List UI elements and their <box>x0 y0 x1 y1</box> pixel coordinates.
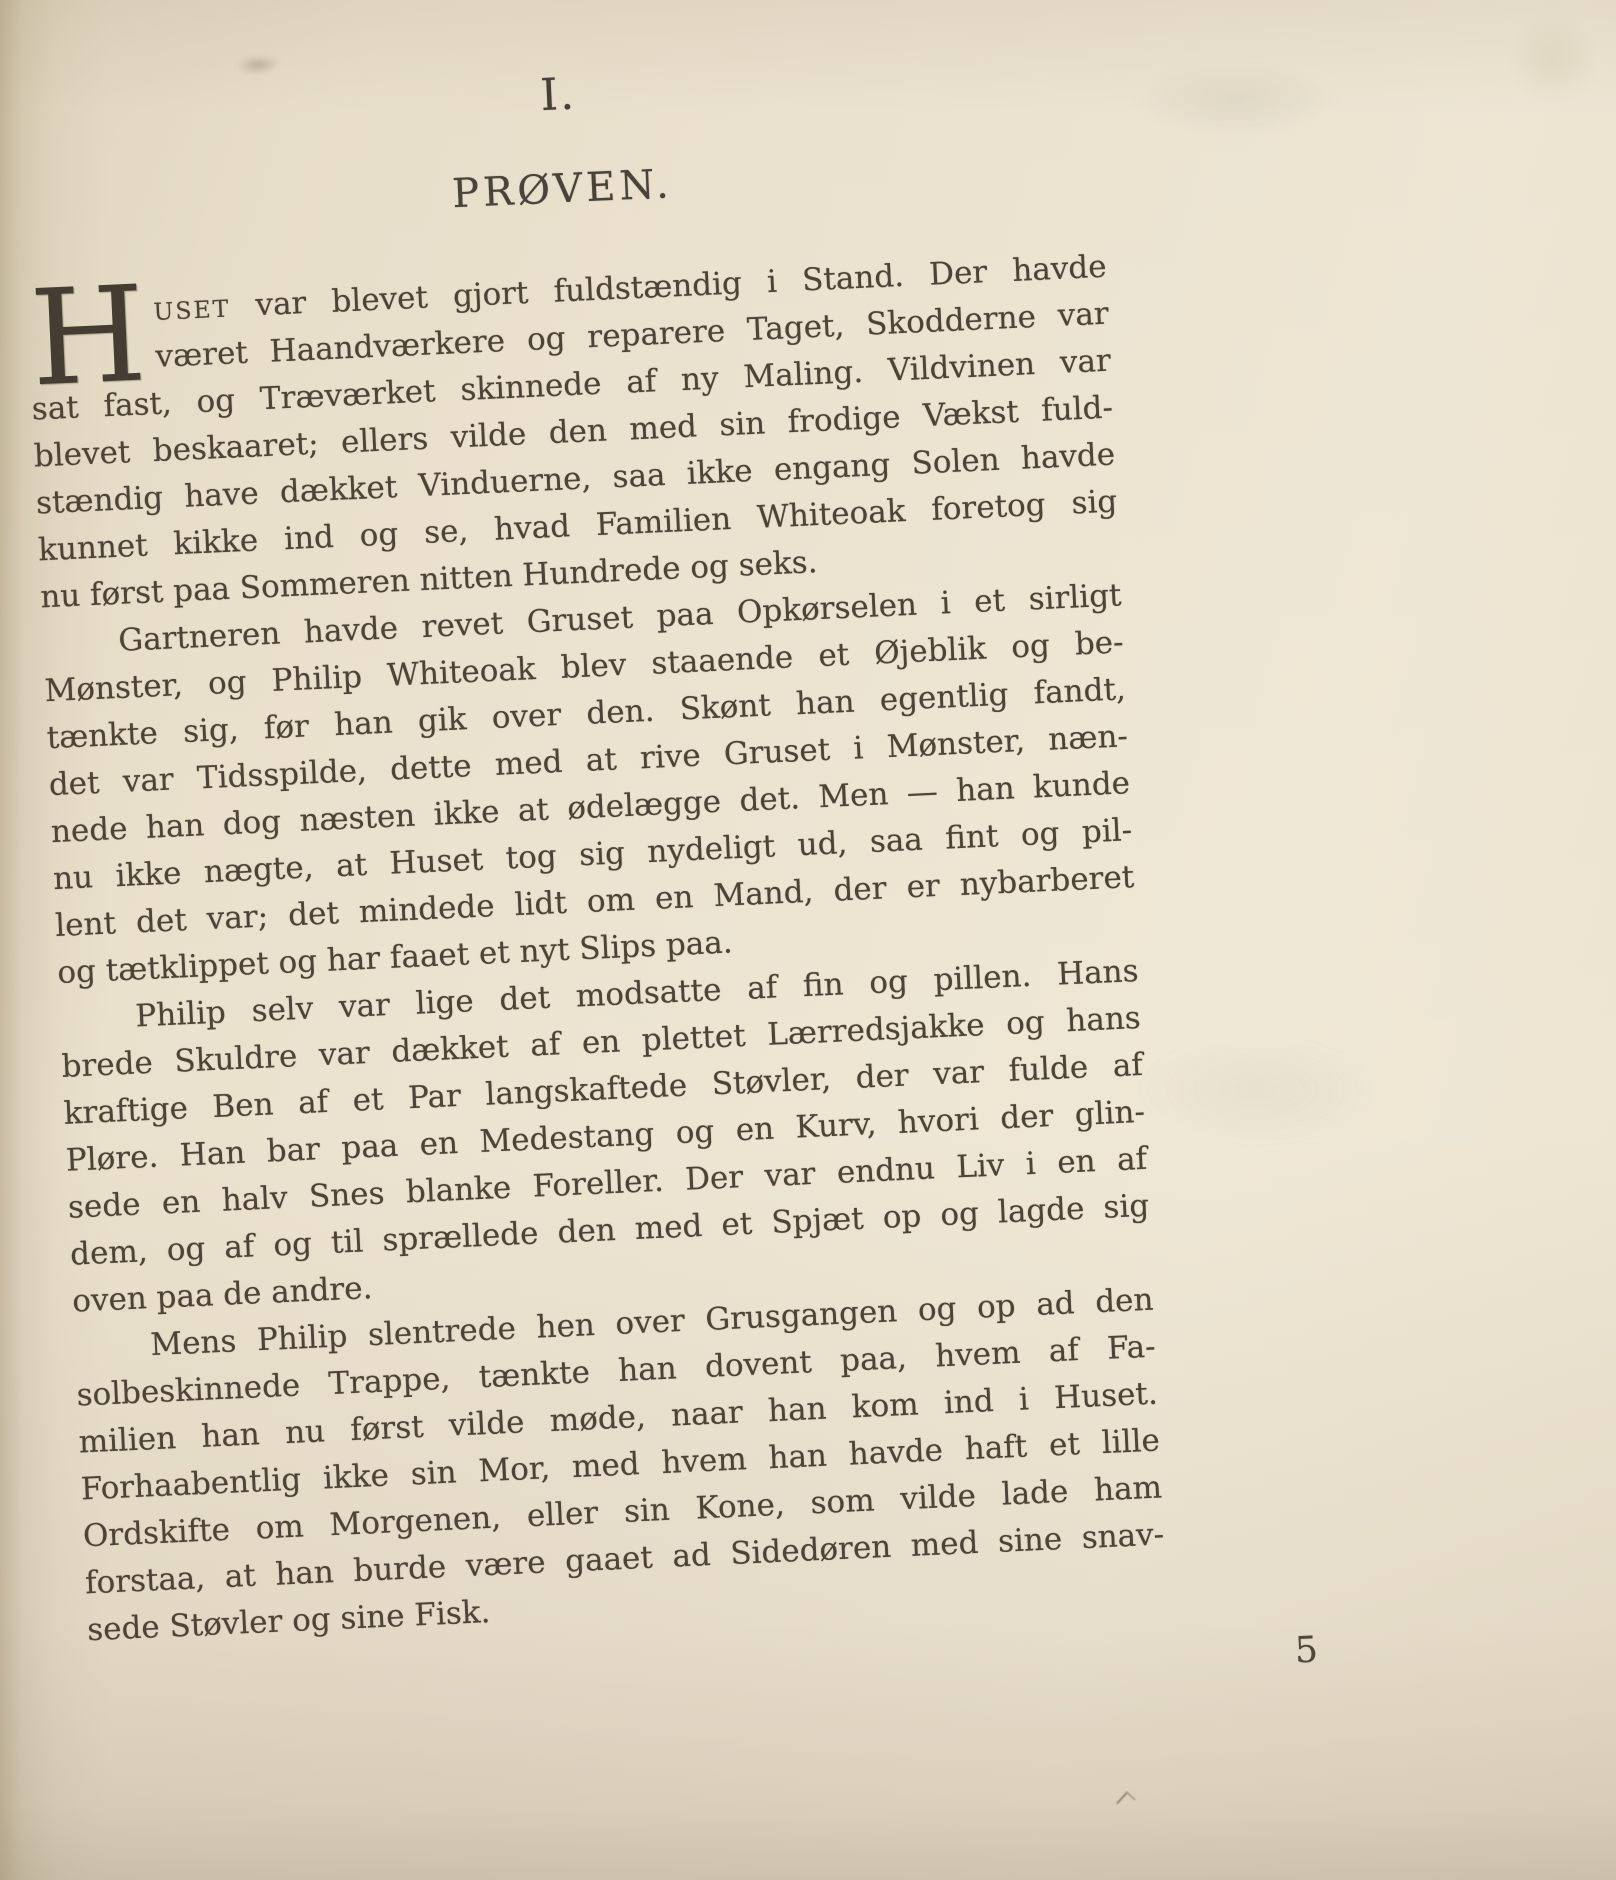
body-text: HUSET var blevet gjort fuldstændig i Sta… <box>27 244 1168 1655</box>
text-block: I. PRØVEN. HUSET var blevet gjort fuldst… <box>16 11 1167 1654</box>
paragraph: HUSET var blevet gjort fuldstændig i Sta… <box>27 244 1121 622</box>
paragraph: Philip selv var lige det modsatte af fin… <box>59 948 1153 1326</box>
paragraph: Mens Philip slentrede hen over Grusgange… <box>73 1277 1167 1655</box>
chapter-number: I. <box>18 45 1099 145</box>
chapter-title: PRØVEN. <box>22 142 1103 237</box>
paper-mark <box>1116 1791 1136 1811</box>
page-number: 5 <box>1294 1630 1319 1672</box>
book-page: I. PRØVEN. HUSET var blevet gjort fuldst… <box>16 2 1374 1808</box>
book-page-photo: { "page": { "chapter_number": "I.", "tit… <box>0 0 1616 1880</box>
drop-cap-letter: H <box>28 279 148 394</box>
small-caps-word: USET <box>153 294 231 325</box>
paragraph: Gartneren havde revet Gruset paa Opkørse… <box>41 572 1137 997</box>
